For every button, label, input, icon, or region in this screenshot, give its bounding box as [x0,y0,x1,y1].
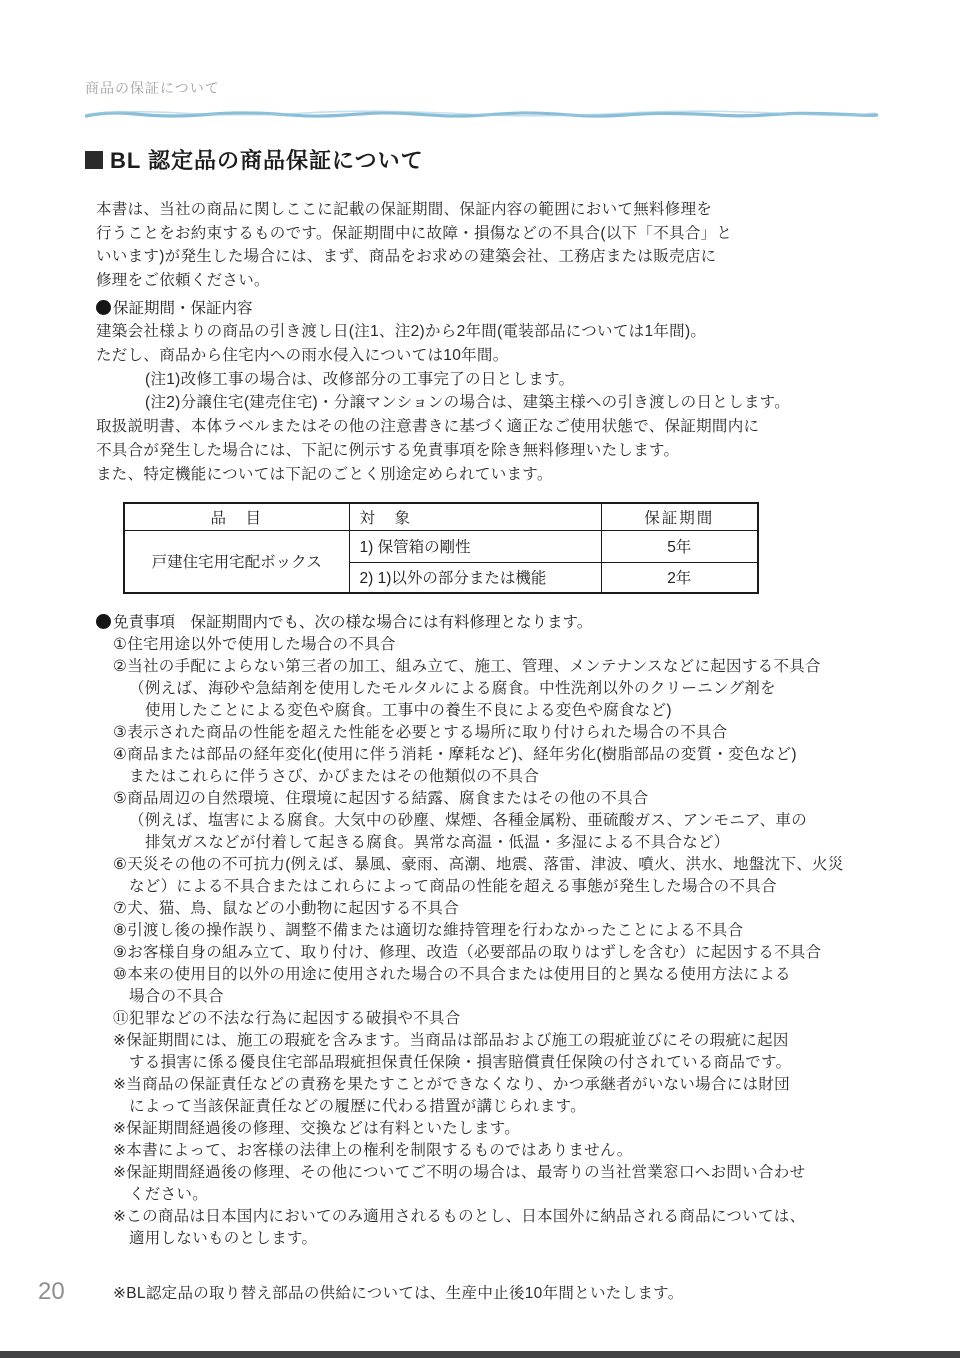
table-header-row: 品 目 対 象 保証期間 [124,503,758,530]
text-line: ※保証期間経過後の修理、その他についてご不明の場合は、最寄りの当社営業窓口へお問… [96,1162,926,1184]
running-header: 商品の保証について [85,78,220,98]
text-line: 修理をご依頼ください。 [96,269,896,293]
warranty-section-body: 建築会社様よりの商品の引き渡し日(注1、注2)から2年間(電装部品については1年… [96,320,906,487]
text-line: (注1)改修工事の場合は、改修部分の工事完了の日とします。 [96,368,906,392]
table-row: 戸建住宅用宅配ボックス 1) 保管箱の剛性 5年 [124,530,758,562]
warranty-section-title: 保証期間・保証内容 [96,296,253,318]
table-cell-target: 2) 1)以外の部分または機能 [349,562,601,593]
table-cell-period: 5年 [601,530,758,562]
warranty-table: 品 目 対 象 保証期間 戸建住宅用宅配ボックス 1) 保管箱の剛性 5年 2)… [123,502,759,594]
exemption-section-title: 免責事項 保証期間内でも、次の様な場合には有料修理となります。 [96,610,592,632]
text-line: 適用しないものとします。 [96,1228,926,1250]
page-bottom-bar [0,1351,960,1358]
text-line: ⑪犯罪などの不法な行為に起因する破損や不具合 [96,1008,926,1030]
text-line: 建築会社様よりの商品の引き渡し日(注1、注2)から2年間(電装部品については1年… [96,320,906,344]
text-line: 場合の不具合 [96,986,926,1008]
text-line: ⑧引渡し後の操作誤り、調整不備または適切な維持管理を行わなかったことによる不具合 [96,920,926,942]
text-line: ※当商品の保証責任などの責務を果たすことができなくなり、かつ承継者がいない場合に… [96,1074,926,1096]
text-line: また、特定機能については下記のごとく別途定められています。 [96,463,906,487]
text-line: ④商品または部品の経年変化(使用に伴う消耗・摩耗など)、経年劣化(樹脂部品の変質… [96,744,926,766]
text-line: ⑤商品周辺の自然環境、住環境に起因する結露、腐食またはその他の不具合 [96,788,926,810]
heading-square-icon [85,151,103,169]
text-line: 行うことをお約束するものです。保証期間中に故障・損傷などの不具合(以下「不具合」… [96,222,896,246]
text-line: 取扱説明書、本体ラベルまたはその他の注意書きに基づく適正なご使用状態で、保証期間… [96,415,906,439]
text-line: ※保証期間には、施工の瑕疵を含みます。当商品は部品および施工の瑕疵並びにその瑕疵… [96,1030,926,1052]
text-line: 使用したことによる変色や腐食。工事中の養生不良による変色や腐食など) [96,700,926,722]
text-line: ※この商品は日本国内においてのみ適用されるものとし、日本国外に納品される商品につ… [96,1206,926,1228]
text-line: ⑩本来の使用目的以外の用途に使用された場合の不具合または使用目的と異なる使用方法… [96,964,926,986]
page-title: BL 認定品の商品保証について [110,144,424,175]
text-line: 不具合が発生した場合には、下記に例示する免責事項を除き無料修理いたします。 [96,439,906,463]
intro-paragraph: 本書は、当社の商品に関しここに記載の保証期間、保証内容の範囲において無料修理を行… [96,198,896,293]
text-line: する損害に係る優良住宅部品瑕疵担保責任保険・損害賠償責任保険の付されている商品で… [96,1052,926,1074]
text-line: いいます)が発生した場合には、まず、商品をお求めの建築会社、工務店または販売店に [96,245,896,269]
text-line: 本書は、当社の商品に関しここに記載の保証期間、保証内容の範囲において無料修理を [96,198,896,222]
warranty-section-label: 保証期間・保証内容 [113,296,253,318]
brush-divider-icon [85,108,878,122]
exemption-section-label: 免責事項 保証期間内でも、次の様な場合には有料修理となります。 [113,610,592,632]
page-title-row: BL 認定品の商品保証について [85,144,424,175]
text-line: 排気ガスなどが付着して起きる腐食。異常な高温・低温・多湿による不具合など） [96,832,926,854]
exemption-list: ①住宅用途以外で使用した場合の不具合②当社の手配によらない第三者の加工、組み立て… [96,634,926,1250]
text-line: ②当社の手配によらない第三者の加工、組み立て、施工、管理、メンテナンスなどに起因… [96,656,926,678]
text-line: （例えば、塩害による腐食。大気中の砂塵、煤煙、各種金属粉、亜硫酸ガス、アンモニア… [96,810,926,832]
text-line: ※保証期間経過後の修理、交換などは有料といたします。 [96,1118,926,1140]
table-cell-period: 2年 [601,562,758,593]
page-number: 20 [38,1278,65,1306]
section-bullet-icon [96,614,111,629]
table-cell-target: 1) 保管箱の剛性 [349,530,601,562]
text-line: ください。 [96,1184,926,1206]
table-header-target: 対 象 [349,503,601,530]
table-cell-item-name: 戸建住宅用宅配ボックス [124,530,349,593]
text-line: (注2)分譲住宅(建売住宅)・分譲マンションの場合は、建築主様への引き渡しの日と… [96,391,906,415]
text-line: によって当該保証責任などの履歴に代わる措置が講じられます。 [96,1096,926,1118]
text-line: ③表示された商品の性能を超えた性能を必要とする場所に取り付けられた場合の不具合 [96,722,926,744]
text-line: ⑨お客様自身の組み立て、取り付け、修理、改造（必要部品の取りはずしを含む）に起因… [96,942,926,964]
text-line: ⑥天災その他の不可抗力(例えば、暴風、豪雨、高潮、地震、落雷、津波、噴火、洪水、… [96,854,926,876]
table-header-item: 品 目 [124,503,349,530]
table-header-period: 保証期間 [601,503,758,530]
text-line: ⑦犬、猫、鳥、鼠などの小動物に起因する不具合 [96,898,926,920]
footer-note: ※BL認定品の取り替え部品の供給については、生産中止後10年間といたします。 [113,1283,933,1305]
text-line: ※本書によって、お客様の法律上の権利を制限するものではありません。 [96,1140,926,1162]
text-line: ただし、商品から住宅内への雨水侵入については10年間。 [96,344,906,368]
text-line: またはこれらに伴うさび、かびまたはその他類似の不具合 [96,766,926,788]
text-line: （例えば、海砂や急結剤を使用したモルタルによる腐食。中性洗剤以外のクリーニング剤… [96,678,926,700]
text-line: ①住宅用途以外で使用した場合の不具合 [96,634,926,656]
section-bullet-icon [96,300,111,315]
text-line: など）による不具合またはこれらによって商品の性能を超える事態が発生した場合の不具… [96,876,926,898]
